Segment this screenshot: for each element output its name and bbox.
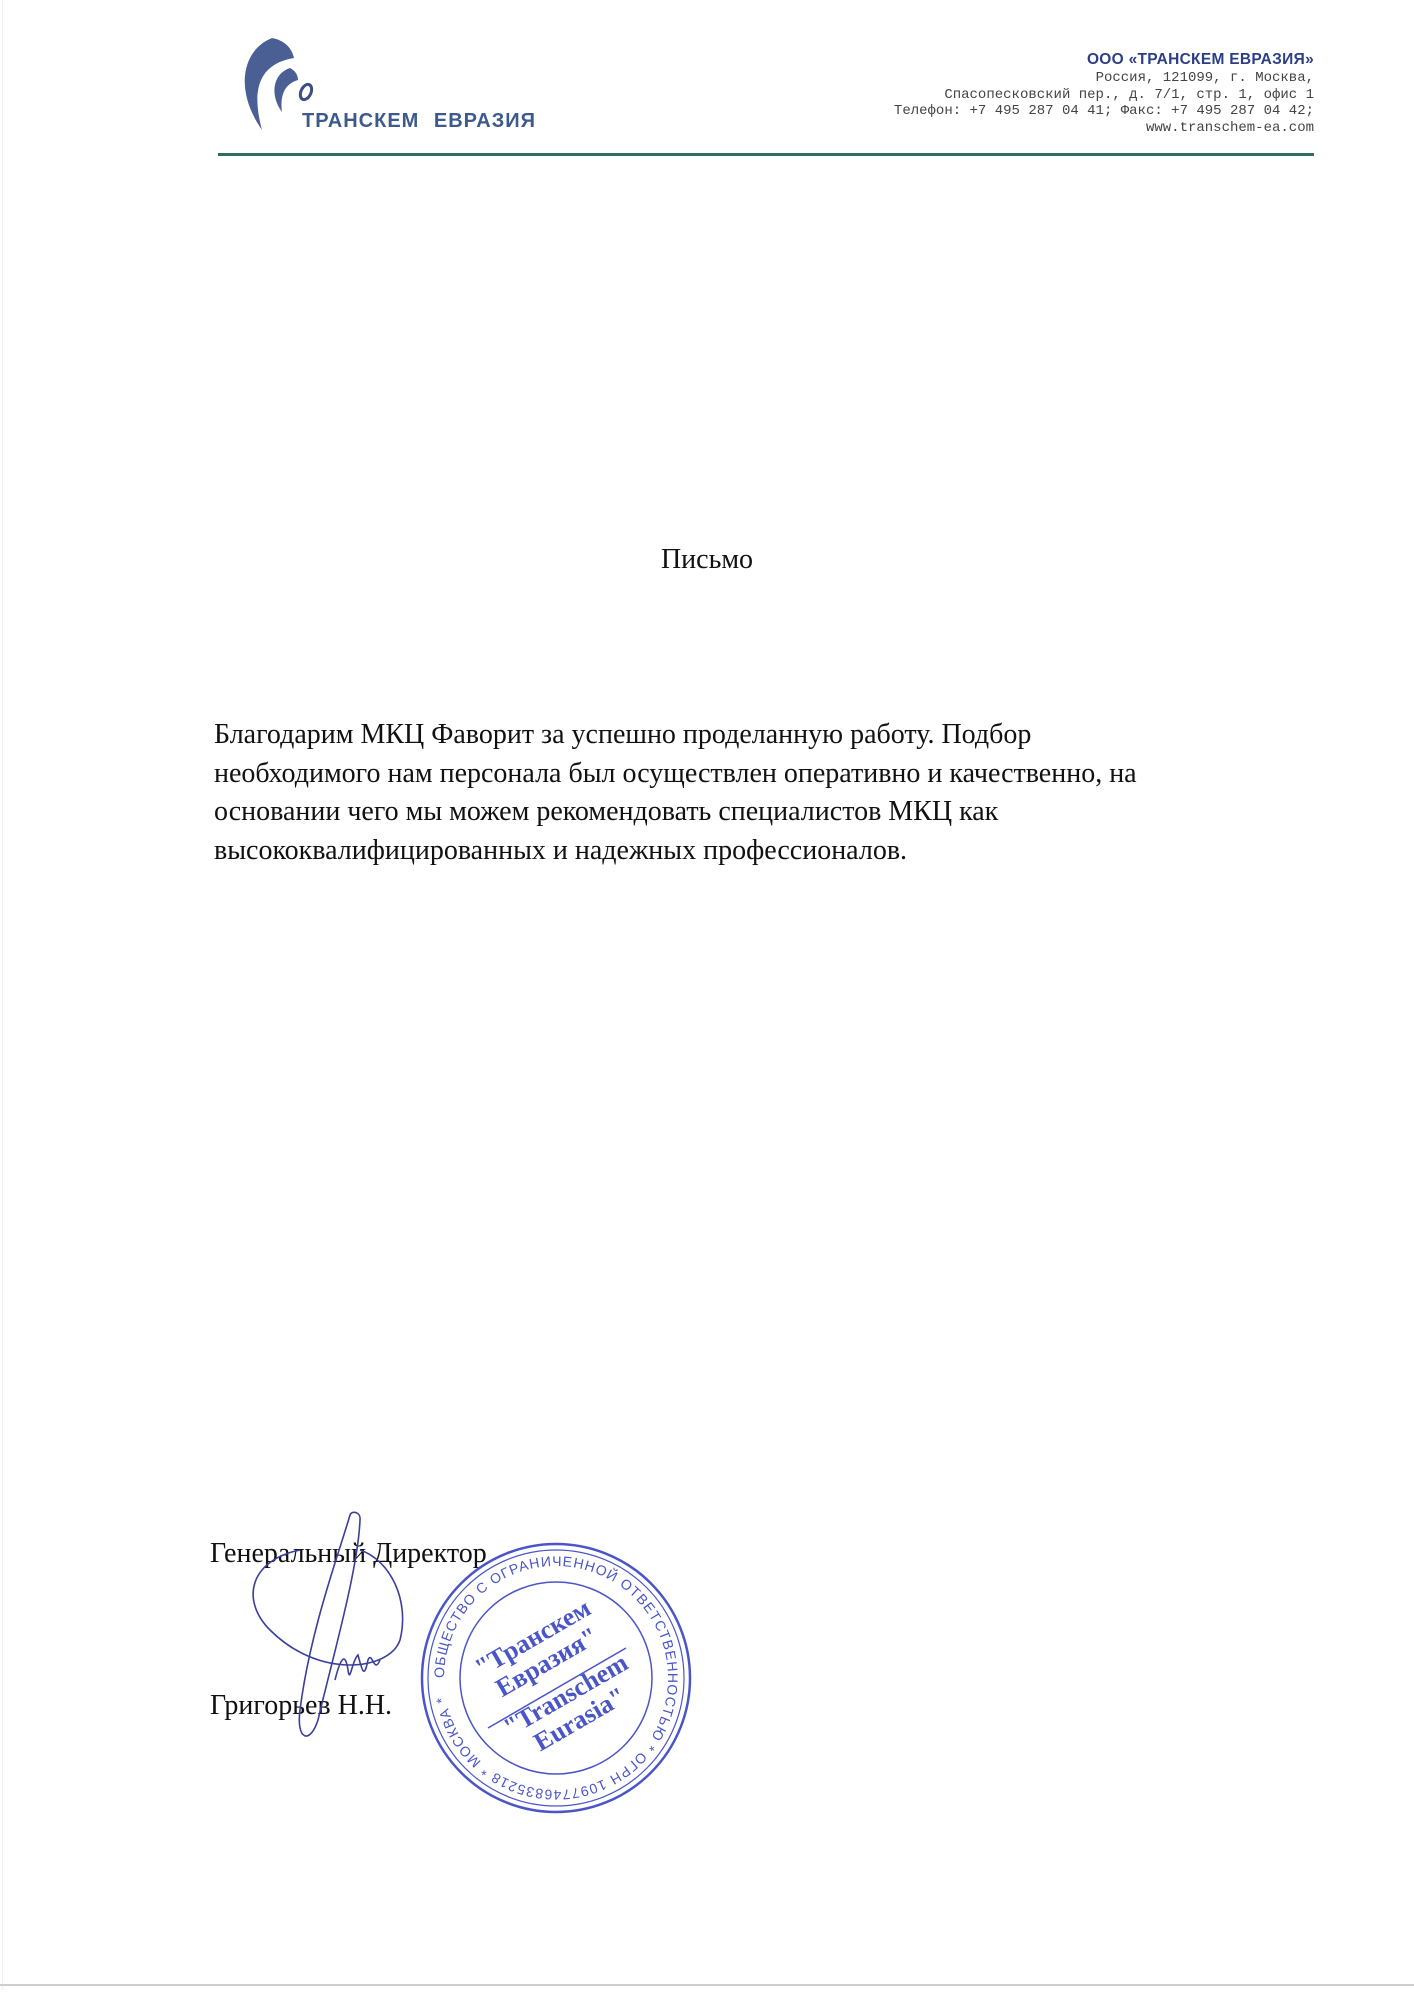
header-divider: [218, 153, 1314, 156]
website-link[interactable]: www.transchem-ea.com: [894, 120, 1314, 137]
letter-body: Благодарим МКЦ Фаворит за успешно продел…: [214, 716, 1334, 870]
body-line: необходимого нам персонала был осуществл…: [214, 755, 1334, 794]
page-edge: [2, 0, 3, 1990]
body-line: Благодарим МКЦ Фаворит за успешно продел…: [214, 716, 1334, 755]
address-line-2: Спасопесковский пер., д. 7/1, стр. 1, оф…: [894, 87, 1314, 104]
contact-phones: Телефон: +7 495 287 04 41; Факс: +7 495 …: [894, 103, 1314, 120]
logo-wordmark: ТРАНСКЕМ ЕВРАЗИЯ: [302, 110, 536, 133]
svg-text:ОБЩЕСТВО С ОГРАНИЧЕННОЙ ОТВЕТС: ОБЩЕСТВО С ОГРАНИЧЕННОЙ ОТВЕТСТВЕННОСТЬЮ…: [431, 1553, 681, 1803]
page-bottom-edge: [0, 1984, 1414, 1986]
address-line-1: Россия, 121099, г. Москва,: [894, 70, 1314, 87]
body-line: основании чего мы можем рекомендовать сп…: [214, 793, 1334, 832]
letter-title: Письмо: [0, 544, 1414, 576]
body-line: высококвалифицированных и надежных профе…: [214, 832, 1334, 871]
company-contacts: ООО «ТРАНСКЕМ ЕВРАЗИЯ» Россия, 121099, г…: [894, 50, 1314, 136]
company-logo: ТРАНСКЕМ ЕВРАЗИЯ: [232, 30, 562, 140]
stamp-ring-text: ОБЩЕСТВО С ОГРАНИЧЕННОЙ ОТВЕТСТВЕННОСТЬЮ…: [431, 1553, 681, 1803]
company-name: ООО «ТРАНСКЕМ ЕВРАЗИЯ»: [894, 50, 1314, 70]
company-seal-stamp-icon: ОБЩЕСТВО С ОГРАНИЧЕННОЙ ОТВЕТСТВЕННОСТЬЮ…: [416, 1538, 696, 1818]
